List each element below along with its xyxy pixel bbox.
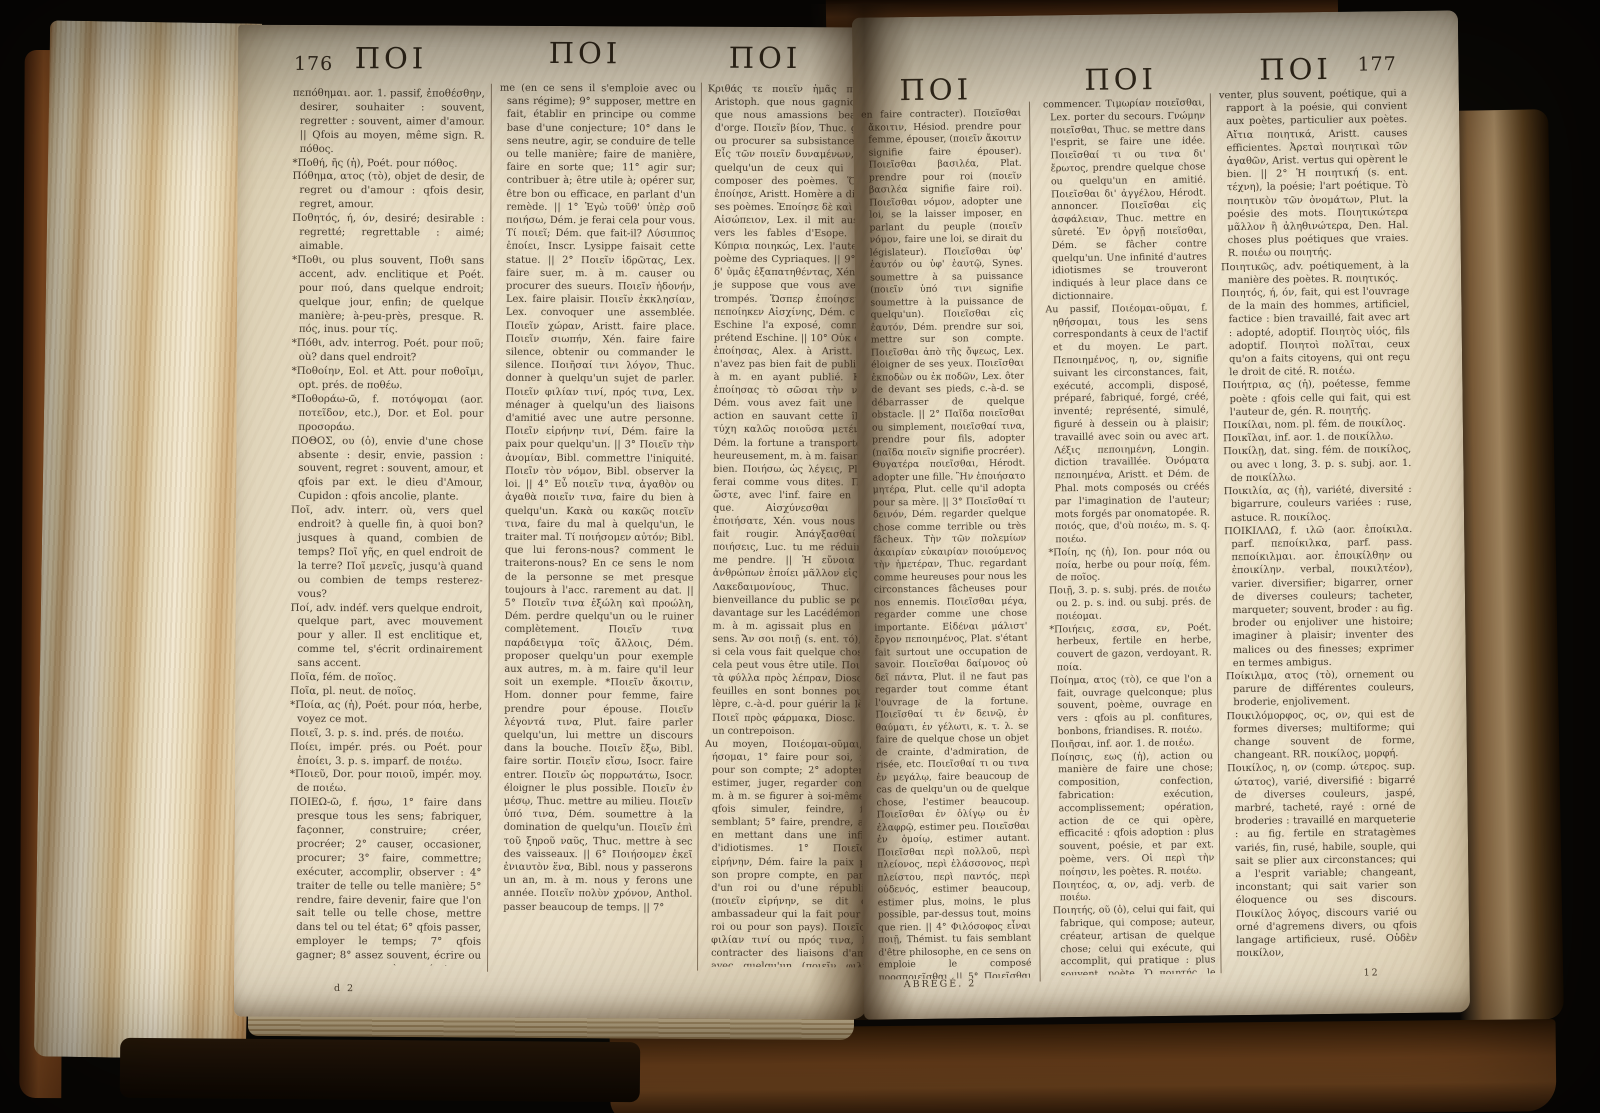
dictionary-entry: Ποιήτρια, ας (ἡ), poétesse, femme poète … (1222, 377, 1410, 419)
dictionary-entry: Ποθητός, ή, όν, desiré; desirable : regr… (292, 212, 484, 255)
right-page: ΠΟΙ ΠΟΙ ΠΟΙ 177 en faire contracter). Πο… (852, 10, 1470, 1019)
dictionary-entry: venter, plus souvent, poétique, qui a ra… (1219, 87, 1409, 261)
dictionary-entry: Ποίημα, ατος (τὸ), ce que l'on a fait, o… (1050, 673, 1213, 739)
dictionary-entry: Ποιητός, ή, όν, fait, qui est l'ouvrage … (1221, 285, 1410, 380)
dictionary-entry: Ποικιλόμορφος, ος, ον, qui est de formes… (1226, 707, 1415, 762)
left-page: 176 ΠΟΙ ΠΟΙ ΠΟΙ πεπόθημαι. aor. 1. passi… (234, 25, 872, 1020)
footer-abrege: ABRÉGÉ. 2 (904, 978, 977, 990)
running-title: ΠΟΙ (326, 41, 456, 76)
dictionary-entry: Ποιητέος, α, ον, adj. verb. de ποιέω. (1052, 878, 1214, 906)
dictionary-entry: Ποιητικῶς, adv. poétiquement, à la maniè… (1221, 259, 1409, 288)
bottom-shadow (120, 1038, 641, 1103)
text-column-2: me (en ce sens il s'emploie avec ou sans… (496, 82, 696, 967)
dictionary-entry: *Ποιήεις, εσσα, εν, Poét. herbeux, ferti… (1049, 622, 1212, 675)
dictionary-entry: Ποίει, impér. prés. ou Poét. pour ἐποίει… (290, 740, 482, 769)
dictionary-entry: ΠΟΙΕΩ-ῶ, f. ήσω, 1° faire dans presque t… (289, 796, 482, 966)
photo-background: 176 ΠΟΙ ΠΟΙ ΠΟΙ πεπόθημαι. aor. 1. passi… (0, 0, 1600, 1113)
signature-mark: 12 (1364, 967, 1380, 978)
dictionary-entry: Ποιῇ, 3. p. s. subj. prés. de ποιέω ou 2… (1049, 584, 1211, 624)
dictionary-entry: ΠΟΙΚΙΛΛΩ, f. ιλῶ (aor. ἐποίκιλα. parf. π… (1224, 523, 1414, 671)
dictionary-entry: *Ποιεῦ, Dor. pour ποιοῦ, impér. moy. de … (290, 768, 482, 797)
dictionary-entry: *Ποθοίην, Eol. et Att. pour ποθοῖμι, opt… (292, 365, 484, 394)
dictionary-entry: *Ποίη, ης (ἡ), Ion. pour πόα ou ποία, he… (1048, 545, 1210, 585)
dictionary-entry: *Ποθοράω-ῶ, f. ποτόψομαι (aor. ποτεῖδον,… (291, 393, 483, 436)
dictionary-entry: *Πόθι, adv. interrog. Poét. pour ποῦ; où… (292, 337, 484, 366)
dictionary-entry: *Ποία, ας (ἡ), Poét. pour πόα, herbe, vo… (290, 699, 482, 728)
running-title: ΠΟΙ (871, 72, 1001, 108)
dictionary-entry: Ποῖ, adv. interr. où, vers quel endroit?… (291, 504, 483, 602)
page-number-right: 177 (1357, 53, 1397, 75)
column-rule (487, 84, 492, 972)
dictionary-entry: *Ποθι, ou plus souvent, Ποθι sans accent… (292, 254, 484, 338)
dictionary-entry: Ποί, adv. indéf. vers quelque endroit, q… (290, 601, 482, 671)
dictionary-entry: commencer. Τιμωρίαν ποιεῖσθαι, Lex. port… (1043, 97, 1207, 304)
dictionary-entry: Ποιητής, οῦ (ὁ), celui qui fait, qui fab… (1053, 904, 1216, 976)
dictionary-entry: Ποῖα, pl. neut. de ποῖος. (290, 685, 482, 700)
dictionary-entry: Ποῖα, fém. de ποῖος. (290, 671, 482, 686)
running-title: ΠΟΙ (520, 36, 650, 71)
text-column-4: en faire contracter). Ποιεῖσθαι ἄκοιτιν,… (861, 108, 1032, 980)
page-block-fore-edge (34, 20, 262, 1059)
running-title: ΠΟΙ (700, 41, 830, 76)
column-rule (697, 83, 702, 971)
dictionary-entry: ΠΟΘΟΣ, ου (ὁ), envie d'une chose absente… (291, 435, 483, 505)
dictionary-entry: me (en ce sens il s'emploie avec ou sans… (496, 82, 696, 915)
dictionary-entry: Ποικίλῃ, dat. sing. fém. de ποικίλος, ou… (1223, 443, 1411, 485)
column-rule (1029, 102, 1041, 982)
running-title: ΠΟΙ (1055, 62, 1185, 98)
text-column-6: venter, plus souvent, poétique, qui a ra… (1219, 87, 1418, 973)
dictionary-entry: Πόθημα, ατος (τὸ), objet de desir, de re… (292, 170, 484, 213)
dictionary-entry: Ποίησις, εως (ἡ), action ou manière de f… (1051, 750, 1215, 880)
dictionary-entry: Ποίκιλμα, ατος (τὸ), ornement ou parure … (1226, 668, 1414, 710)
signature-mark: d 2 (334, 983, 355, 994)
dictionary-entry: Ποικιλία, ας (ἡ), variété, diversité : b… (1224, 483, 1412, 525)
dictionary-entry: Ποικίλος, η, ον (comp. ώτερος. sup. ώτατ… (1227, 760, 1417, 960)
dictionary-entry: *Ποθή, ῆς (ἡ), Poét. pour πόθος. (293, 156, 485, 171)
dictionary-entry: πεπόθημαι. aor. 1. passif, ἐποθέσθην, de… (293, 87, 485, 157)
dictionary-entry: en faire contracter). Ποιεῖσθαι ἄκοιτιν,… (861, 108, 1032, 980)
dictionary-entry: Ποιεῖ, 3. p. s. ind. prés. de ποιέω. (290, 727, 482, 742)
text-column-5: commencer. Τιμωρίαν ποιεῖσθαι, Lex. port… (1043, 97, 1216, 975)
dictionary-entry: Au passif, Ποιέομαι-οῦμαι, f. ηθήσομαι, … (1045, 302, 1210, 547)
text-column-1: πεπόθημαι. aor. 1. passif, ἐποθέσθην, de… (289, 87, 485, 966)
running-title: ΠΟΙ (1230, 52, 1360, 88)
dictionary-entry: Au moyen, Ποιέομαι-οῦμαι, f. ήσομαι, 1° … (704, 737, 883, 967)
